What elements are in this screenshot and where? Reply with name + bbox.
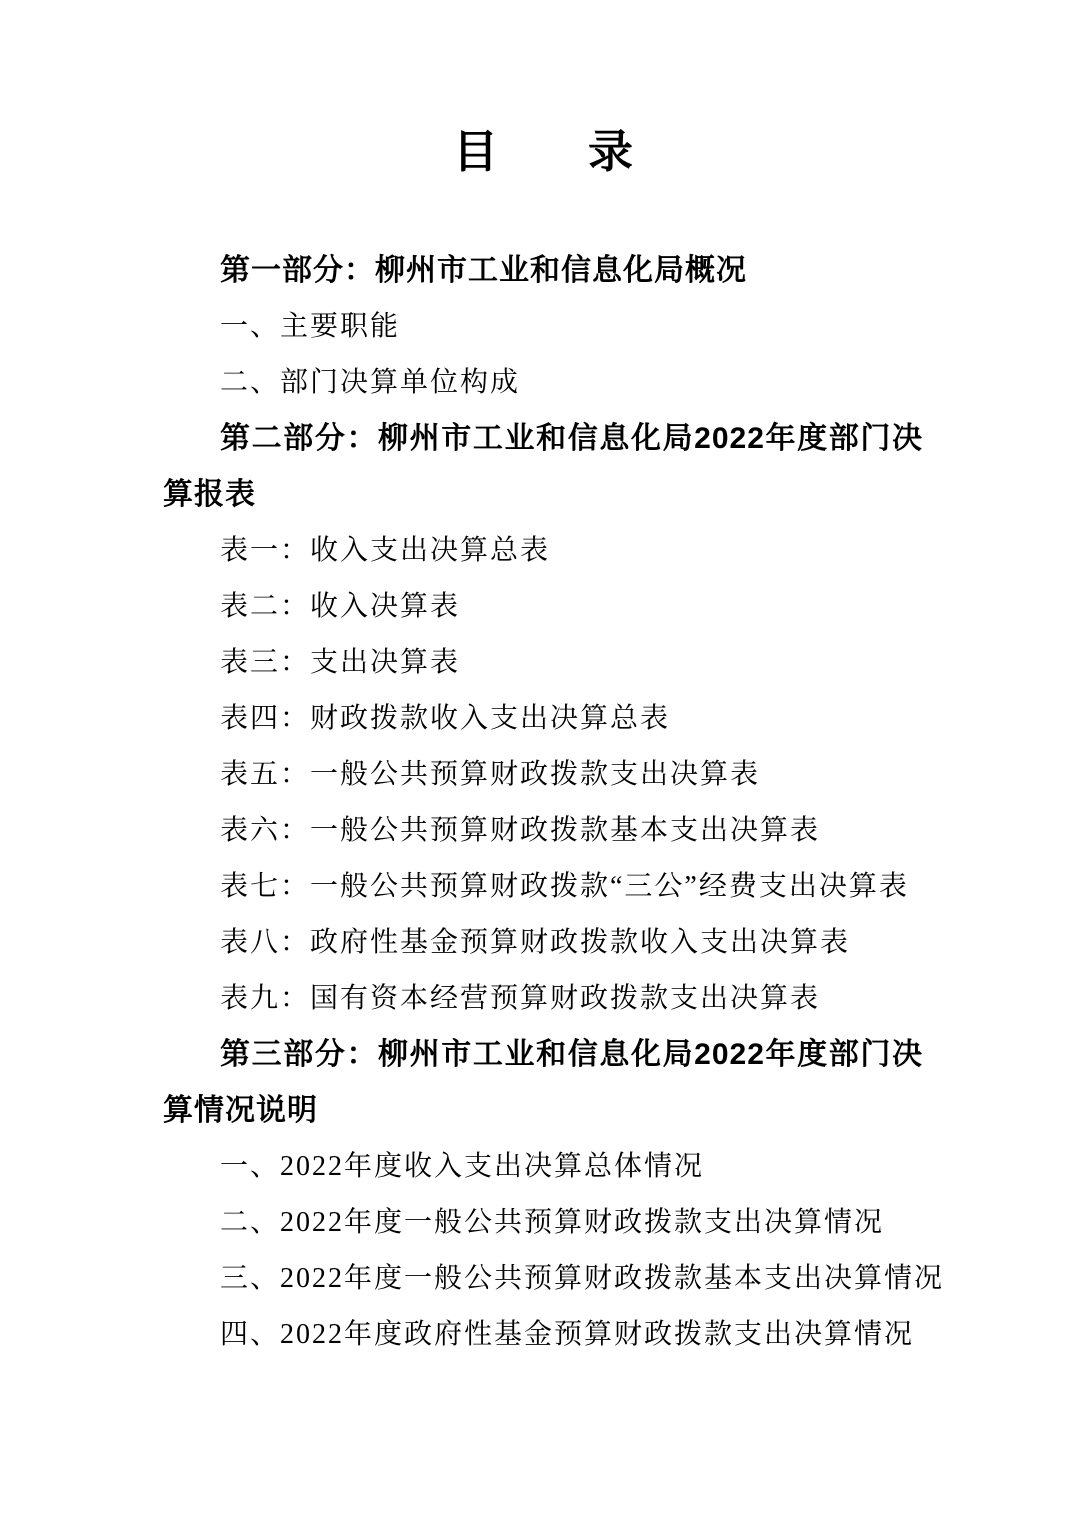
toc-item-table-7: 表七：一般公共预算财政拨款“三公”经费支出决算表 bbox=[163, 859, 923, 915]
toc-item-part3-4: 四、2022年度政府性基金预算财政拨款支出决算情况 bbox=[163, 1307, 923, 1363]
toc-section-part2: 第二部分：柳州市工业和信息化局2022年度部门决算报表 表一：收入支出决算总表 … bbox=[163, 411, 923, 1027]
toc-heading-part2: 第二部分：柳州市工业和信息化局2022年度部门决算报表 bbox=[163, 411, 923, 523]
toc-item-table-5: 表五：一般公共预算财政拨款支出决算表 bbox=[163, 747, 923, 803]
document-page: 目 录 第一部分：柳州市工业和信息化局概况 一、主要职能 二、部门决算单位构成 … bbox=[0, 0, 1075, 1520]
toc-section-part3: 第三部分：柳州市工业和信息化局2022年度部门决算情况说明 一、2022年度收入… bbox=[163, 1027, 923, 1363]
toc-item-table-1: 表一：收入支出决算总表 bbox=[163, 523, 923, 579]
table-of-contents: 第一部分：柳州市工业和信息化局概况 一、主要职能 二、部门决算单位构成 第二部分… bbox=[163, 243, 923, 1363]
toc-item-table-3: 表三：支出决算表 bbox=[163, 635, 923, 691]
toc-item-part3-3: 三、2022年度一般公共预算财政拨款基本支出决算情况 bbox=[163, 1251, 923, 1307]
toc-heading-part1: 第一部分：柳州市工业和信息化局概况 bbox=[163, 243, 923, 299]
toc-item-part3-2: 二、2022年度一般公共预算财政拨款支出决算情况 bbox=[163, 1195, 923, 1251]
page-title: 目 录 bbox=[163, 120, 923, 184]
toc-section-part1: 第一部分：柳州市工业和信息化局概况 一、主要职能 二、部门决算单位构成 bbox=[163, 243, 923, 411]
toc-item-table-6: 表六：一般公共预算财政拨款基本支出决算表 bbox=[163, 803, 923, 859]
toc-item-table-8: 表八：政府性基金预算财政拨款收入支出决算表 bbox=[163, 915, 923, 971]
toc-item-table-2: 表二：收入决算表 bbox=[163, 579, 923, 635]
toc-item-table-9: 表九：国有资本经营预算财政拨款支出决算表 bbox=[163, 971, 923, 1027]
toc-item-part1-2: 二、部门决算单位构成 bbox=[163, 355, 923, 411]
toc-item-table-4: 表四：财政拨款收入支出决算总表 bbox=[163, 691, 923, 747]
toc-item-part1-1: 一、主要职能 bbox=[163, 299, 923, 355]
toc-heading-part3: 第三部分：柳州市工业和信息化局2022年度部门决算情况说明 bbox=[163, 1027, 923, 1139]
toc-item-part3-1: 一、2022年度收入支出决算总体情况 bbox=[163, 1139, 923, 1195]
